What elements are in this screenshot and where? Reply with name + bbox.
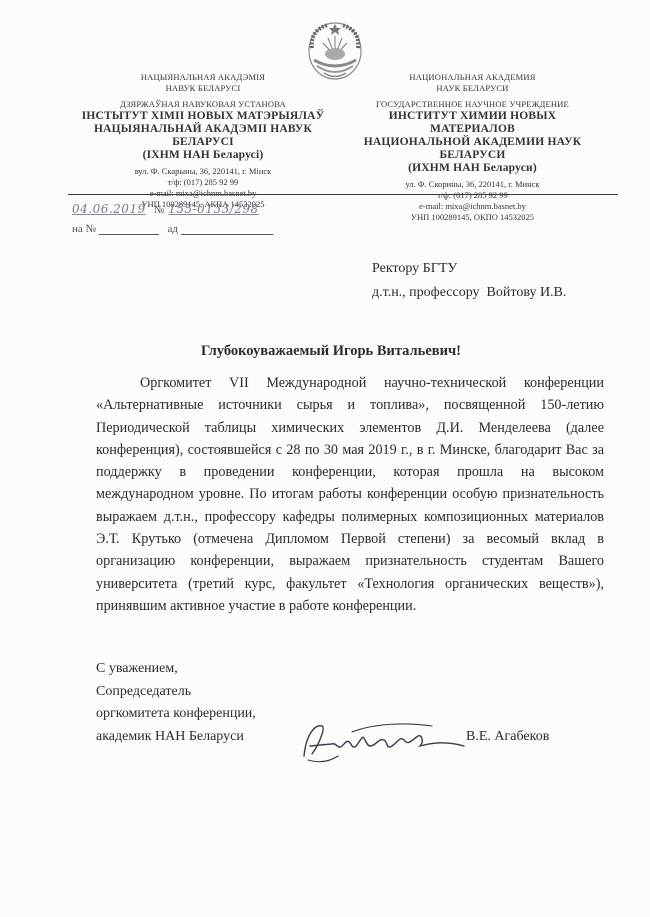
academy-name-by: НАЦЫЯНАЛЬНАЯ АКАДЭМІЯ xyxy=(78,72,328,83)
number-sign: № xyxy=(154,204,165,216)
closing-position-3: академик НАН Беларуси xyxy=(96,726,256,749)
letter-number: 155-0133/298 xyxy=(168,202,258,216)
phone-by: т/ф: (017) 285 92 99 xyxy=(78,177,328,188)
handwritten-signature xyxy=(292,716,482,766)
closing-position-1: Сопредседатель xyxy=(96,681,256,704)
header-divider xyxy=(68,194,618,195)
closing-block: С уважением, Сопредседатель оргкомитета … xyxy=(96,658,256,748)
email-ru: e-mail: mixa@ichnm.basnet.by xyxy=(345,201,600,212)
institute-name-by-2: НАЦЫЯНАЛЬНАЙ АКАДЭМІІ НАВУК БЕЛАРУСІ xyxy=(78,123,328,149)
address-by: вул. Ф. Скарыны, 36, 220141, г. Мінск xyxy=(78,166,328,177)
academy-name-by-2: НАВУК БЕЛАРУСІ xyxy=(78,83,328,94)
closing-position-2: оргкомитета конференции, xyxy=(96,703,256,726)
addressee-line-2: д.т.н., профессору Войтову И.В. xyxy=(372,281,566,305)
letter-date: 04.06.2019 xyxy=(72,202,146,216)
academy-name-ru-2: НАУК БЕЛАРУСИ xyxy=(345,83,600,94)
salutation: Глубокоуважаемый Игорь Витальевич! xyxy=(0,343,650,360)
addressee-line-1: Ректору БГТУ xyxy=(372,257,566,281)
institute-name-ru: ИНСТИТУТ ХИМИИ НОВЫХ МАТЕРИАЛОВ xyxy=(345,110,600,136)
closing-regards: С уважением, xyxy=(96,658,256,681)
reply-number-label: на № xyxy=(72,223,96,235)
address-ru: ул. Ф. Скорины, 36, 220141, г. Минск xyxy=(345,179,600,190)
signer-name: В.Е. Агабеков xyxy=(466,726,549,749)
letterhead-left: НАЦЫЯНАЛЬНАЯ АКАДЭМІЯ НАВУК БЕЛАРУСІ ДЗЯ… xyxy=(78,72,328,210)
reply-reference: на № ад xyxy=(72,223,273,235)
reply-from-label: ад xyxy=(168,223,178,235)
letter-body: Оргкомитет VII Международной научно-техн… xyxy=(96,372,604,617)
codes-ru: УНП 100289145, ОКПО 14532025 xyxy=(345,212,600,223)
letterhead-right: НАЦИОНАЛЬНАЯ АКАДЕМИЯ НАУК БЕЛАРУСИ ГОСУ… xyxy=(345,72,600,223)
phone-ru: т/ф: (017) 285 92 99 xyxy=(345,190,600,201)
institute-name-ru-2: НАЦИОНАЛЬНОЙ АКАДЕМИИ НАУК БЕЛАРУСИ xyxy=(345,136,600,162)
addressee: Ректору БГТУ д.т.н., профессору Войтову … xyxy=(372,257,566,305)
institution-type-ru: ГОСУДАРСТВЕННОЕ НАУЧНОЕ УЧРЕЖДЕНИЕ xyxy=(345,99,600,110)
reply-number-blank xyxy=(99,234,159,235)
academy-name-ru: НАЦИОНАЛЬНАЯ АКАДЕМИЯ xyxy=(345,72,600,83)
reply-date-blank xyxy=(181,234,273,235)
institute-name-by: ІНСТЫТУТ ХІМІІ НОВЫХ МАТЭРЫЯЛАЎ xyxy=(78,110,328,123)
institute-abbr-by: (ІХНМ НАН Беларусі) xyxy=(78,149,328,162)
institute-abbr-ru: (ИХНМ НАН Беларуси) xyxy=(345,162,600,175)
institution-type-by: ДЗЯРЖАЎНАЯ НАВУКОВАЯ УСТАНОВА xyxy=(78,99,328,110)
outgoing-reference: 04.06.2019 № 155-0133/298 xyxy=(72,200,259,218)
